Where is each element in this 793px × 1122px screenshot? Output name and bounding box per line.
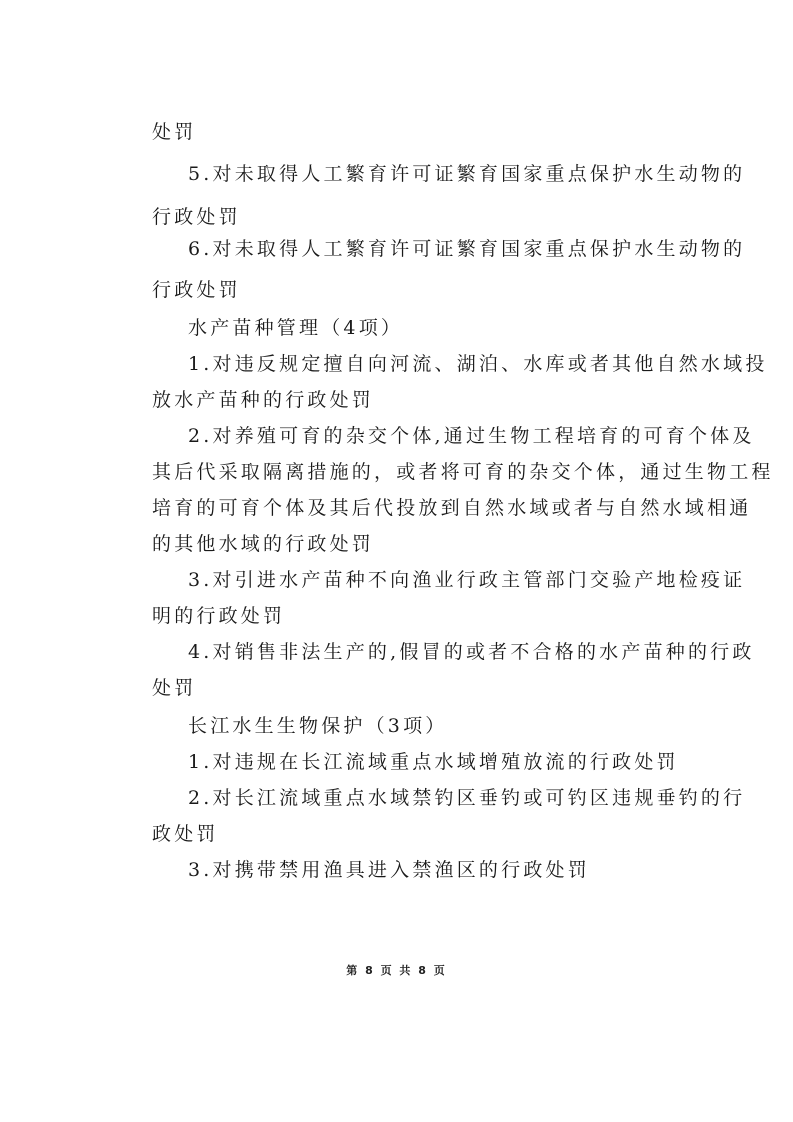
- text-line: 培育的可育个体及其后代投放到自然水域或者与自然水域相通: [152, 496, 751, 520]
- text-line: 2.对长江流域重点水域禁钓区垂钓或可钓区违规垂钓的行: [188, 786, 745, 810]
- text-line: 处罚: [152, 676, 196, 700]
- text-line: 行政处罚: [152, 205, 241, 229]
- text-line: 1.对违反规定擅自向河流、湖泊、水库或者其他自然水域投: [188, 352, 768, 376]
- text-line: 处罚: [152, 120, 196, 144]
- text-line: 水产苗种管理（4项）: [188, 316, 403, 340]
- text-line: 3.对引进水产苗种不向渔业行政主管部门交验产地检疫证: [188, 568, 745, 592]
- text-line: 其后代采取隔离措施的，或者将可育的杂交个体，通过生物工程: [152, 460, 774, 484]
- text-line: 的其他水域的行政处罚: [152, 532, 374, 556]
- text-line: 1.对违规在长江流域重点水域增殖放流的行政处罚: [188, 750, 679, 774]
- text-line: 政处罚: [152, 822, 219, 846]
- page-number-footer: 第 8 页 共 8 页: [0, 962, 793, 978]
- text-line: 3.对携带禁用渔具进入禁渔区的行政处罚: [188, 858, 590, 882]
- text-line: 6.对未取得人工繁育许可证繁育国家重点保护水生动物的: [188, 237, 745, 261]
- text-line: 4.对销售非法生产的,假冒的或者不合格的水产苗种的行政: [188, 640, 755, 664]
- text-line: 行政处罚: [152, 278, 241, 302]
- text-line: 5.对未取得人工繁育许可证繁育国家重点保护水生动物的: [188, 162, 745, 186]
- document-page: 处罚5.对未取得人工繁育许可证繁育国家重点保护水生动物的行政处罚6.对未取得人工…: [0, 0, 793, 1122]
- text-line: 2.对养殖可育的杂交个体,通过生物工程培育的可育个体及: [188, 424, 755, 448]
- text-line: 长江水生生物保护（3项）: [188, 714, 448, 738]
- text-line: 明的行政处罚: [152, 604, 285, 628]
- text-line: 放水产苗种的行政处罚: [152, 388, 374, 412]
